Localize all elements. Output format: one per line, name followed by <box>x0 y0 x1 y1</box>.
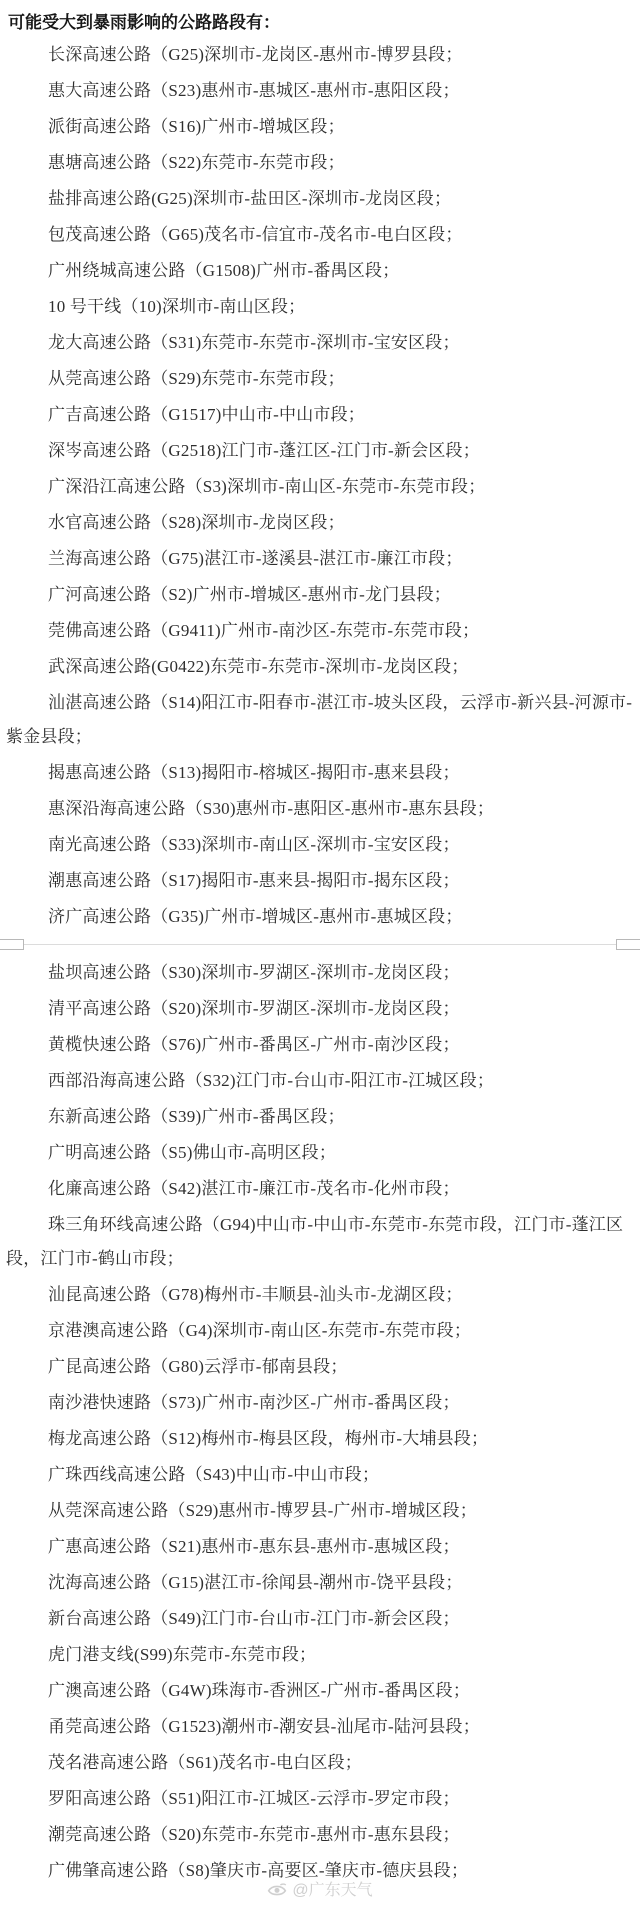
list-item: 东新高速公路（S39)广州市-番禺区段； <box>6 1100 634 1134</box>
watermark: @广东天气 <box>0 1877 640 1900</box>
list-item: 惠深沿海高速公路（S30)惠州市-惠阳区-惠州市-惠东县段； <box>6 792 634 826</box>
list-item: 珠三角环线高速公路（G94)中山市-中山市-东莞市-东莞市段，江门市-蓬江区段，… <box>6 1208 634 1276</box>
list-item: 甬莞高速公路（G1523)潮州市-潮安县-汕尾市-陆河县段； <box>6 1710 634 1744</box>
splice-mark-left <box>0 939 24 950</box>
list-item: 深岑高速公路（G2518)江门市-蓬江区-江门市-新会区段； <box>6 434 634 468</box>
list-item: 梅龙高速公路（S12)梅州市-梅县区段，梅州市-大埔县段； <box>6 1422 634 1456</box>
list-item: 罗阳高速公路（S51)阳江市-江城区-云浮市-罗定市段； <box>6 1782 634 1816</box>
list-item: 10 号干线（10)深圳市-南山区段； <box>6 290 634 324</box>
page-title: 可能受大到暴雨影响的公路路段有： <box>8 8 634 38</box>
list-item: 水官高速公路（S28)深圳市-龙岗区段； <box>6 506 634 540</box>
list-item: 广澳高速公路（G4W)珠海市-香洲区-广州市-番禺区段； <box>6 1674 634 1708</box>
list-item: 西部沿海高速公路（S32)江门市-台山市-阳江市-江城区段； <box>6 1064 634 1098</box>
list-item: 黄榄快速公路（S76)广州市-番禺区-广州市-南沙区段； <box>6 1028 634 1062</box>
list-item: 广惠高速公路（S21)惠州市-惠东县-惠州市-惠城区段； <box>6 1530 634 1564</box>
list-item: 武深高速公路(G0422)东莞市-东莞市-深圳市-龙岗区段； <box>6 650 634 684</box>
road-list: 长深高速公路（G25)深圳市-龙岗区-惠州市-博罗县段；惠大高速公路（S23)惠… <box>6 38 634 1888</box>
list-item: 新台高速公路（S49)江门市-台山市-江门市-新会区段； <box>6 1602 634 1636</box>
list-item: 揭惠高速公路（S13)揭阳市-榕城区-揭阳市-惠来县段； <box>6 756 634 790</box>
watermark-text: @广东天气 <box>292 1882 372 1899</box>
list-item: 虎门港支线(S99)东莞市-东莞市段； <box>6 1638 634 1672</box>
list-item: 从莞深高速公路（S29)惠州市-博罗县-广州市-增城区段； <box>6 1494 634 1528</box>
list-item: 广州绕城高速公路（G1508)广州市-番禺区段； <box>6 254 634 288</box>
list-item: 汕湛高速公路（S14)阳江市-阳春市-湛江市-坡头区段，云浮市-新兴县-河源市-… <box>6 686 634 754</box>
list-item: 长深高速公路（G25)深圳市-龙岗区-惠州市-博罗县段； <box>6 38 634 72</box>
image-splice-divider <box>0 936 640 954</box>
list-item: 广吉高速公路（G1517)中山市-中山市段； <box>6 398 634 432</box>
list-item: 潮莞高速公路（S20)东莞市-东莞市-惠州市-惠东县段； <box>6 1818 634 1852</box>
list-item: 沈海高速公路（G15)湛江市-徐闻县-潮州市-饶平县段； <box>6 1566 634 1600</box>
list-item: 南光高速公路（S33)深圳市-南山区-深圳市-宝安区段； <box>6 828 634 862</box>
list-item: 京港澳高速公路（G4)深圳市-南山区-东莞市-东莞市段； <box>6 1314 634 1348</box>
list-item: 济广高速公路（G35)广州市-增城区-惠州市-惠城区段； <box>6 900 634 934</box>
list-item: 龙大高速公路（S31)东莞市-东莞市-深圳市-宝安区段； <box>6 326 634 360</box>
list-item: 潮惠高速公路（S17)揭阳市-惠来县-揭阳市-揭东区段； <box>6 864 634 898</box>
weibo-logo-icon <box>267 1882 287 1898</box>
list-item: 广河高速公路（S2)广州市-增城区-惠州市-龙门县段； <box>6 578 634 612</box>
list-item: 清平高速公路（S20)深圳市-罗湖区-深圳市-龙岗区段； <box>6 992 634 1026</box>
list-item: 兰海高速公路（G75)湛江市-遂溪县-湛江市-廉江市段； <box>6 542 634 576</box>
list-item: 盐坝高速公路（S30)深圳市-罗湖区-深圳市-龙岗区段； <box>6 956 634 990</box>
list-item: 从莞高速公路（S29)东莞市-东莞市段； <box>6 362 634 396</box>
list-item: 盐排高速公路(G25)深圳市-盐田区-深圳市-龙岗区段； <box>6 182 634 216</box>
list-item: 广昆高速公路（G80)云浮市-郁南县段； <box>6 1350 634 1384</box>
list-item: 南沙港快速路（S73)广州市-南沙区-广州市-番禺区段； <box>6 1386 634 1420</box>
list-item: 化廉高速公路（S42)湛江市-廉江市-茂名市-化州市段； <box>6 1172 634 1206</box>
list-item: 广深沿江高速公路（S3)深圳市-南山区-东莞市-东莞市段； <box>6 470 634 504</box>
list-item: 派街高速公路（S16)广州市-增城区段； <box>6 110 634 144</box>
splice-mark-right <box>616 939 640 950</box>
list-item: 惠塘高速公路（S22)东莞市-东莞市段； <box>6 146 634 180</box>
list-item: 茂名港高速公路（S61)茂名市-电白区段； <box>6 1746 634 1780</box>
list-item: 汕昆高速公路（G78)梅州市-丰顺县-汕头市-龙湖区段； <box>6 1278 634 1312</box>
list-item: 莞佛高速公路（G9411)广州市-南沙区-东莞市-东莞市段； <box>6 614 634 648</box>
document-content: 可能受大到暴雨影响的公路路段有： 长深高速公路（G25)深圳市-龙岗区-惠州市-… <box>0 0 640 1888</box>
document-page: 可能受大到暴雨影响的公路路段有： 长深高速公路（G25)深圳市-龙岗区-惠州市-… <box>0 0 640 1908</box>
list-item: 广明高速公路（S5)佛山市-高明区段； <box>6 1136 634 1170</box>
list-item: 包茂高速公路（G65)茂名市-信宜市-茂名市-电白区段； <box>6 218 634 252</box>
list-item: 广珠西线高速公路（S43)中山市-中山市段； <box>6 1458 634 1492</box>
list-item: 惠大高速公路（S23)惠州市-惠城区-惠州市-惠阳区段； <box>6 74 634 108</box>
